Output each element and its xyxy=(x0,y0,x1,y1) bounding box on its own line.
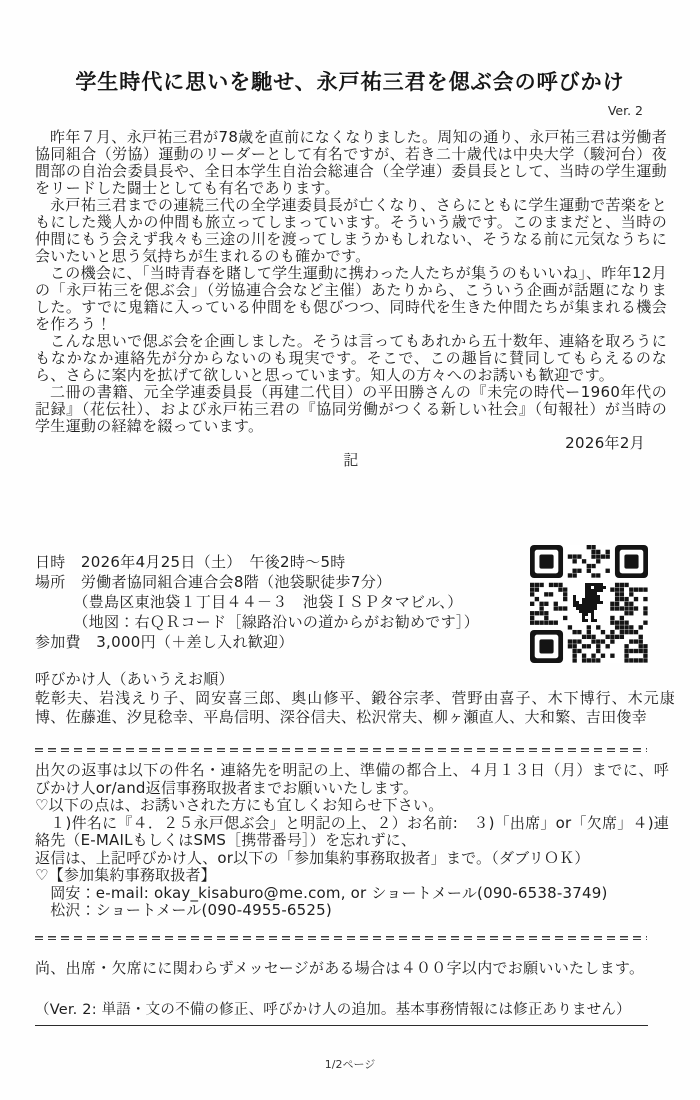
reply-line: ♡以下の点は、お誘いされた方にも宜しくお知らせ下さい。 xyxy=(35,797,669,815)
body-text: 昨年７月、永戸祐三君が78歳を直前になくなりました。周知の通り、永戸祐三君は労働… xyxy=(35,129,667,469)
reply-contact-matsuzawa: 松沢：ショートメール(090-4955-6525) xyxy=(35,902,669,920)
version-label: Ver. 2 xyxy=(608,103,643,118)
event-details: 日時 2026年4月25日（土） 午後2時～5時 場所 労働者協同組合連合会8階… xyxy=(35,552,515,652)
closing-note: 尚、出席・欠席にに関わらずメッセージがある場合は４００字以内でお願いいたします。 xyxy=(35,957,675,978)
callers-heading: 呼びかけ人（あいうえお順） xyxy=(35,670,675,689)
paragraph: 昨年７月、永戸祐三君が78歳を直前になくなりました。周知の通り、永戸祐三君は労働… xyxy=(35,129,667,197)
detail-line-map: （地図：右ＱＲコード［線路沿いの道からがお勧めです］） xyxy=(35,612,515,632)
reply-line: ♡【参加集約事務取扱者】 xyxy=(35,867,669,885)
detail-line-datetime: 日時 2026年4月25日（土） 午後2時～5時 xyxy=(35,552,515,572)
paragraph: 永戸祐三君までの連続三代の全学連委員長が亡くなり、さらにともに学生運動で苦楽をと… xyxy=(35,197,667,265)
scanned-document-page: 学生時代に思いを馳せ、永戸祐三君を偲ぶ会の呼びかけ Ver. 2 昨年７月、永戸… xyxy=(0,0,700,1100)
date-line: 2026年2月 xyxy=(35,435,667,452)
paragraph: 二冊の書籍、元全学連委員長（再建二代目）の平田勝さんの『未完の時代ー1960年代… xyxy=(35,384,667,435)
version-note: （Ver. 2: 単語・文の不備の修正、呼びかけ人の追加。基本事務情報には修正あ… xyxy=(35,998,648,1026)
detail-line-fee: 参加費 3,000円（＋差し入れ歓迎） xyxy=(35,632,515,652)
paragraph: この機会に、「当時青春を賭して学生運動に携わった人たちが集うのもいいね」、昨年1… xyxy=(35,265,667,333)
record-heading: 記 xyxy=(35,452,667,469)
detail-line-venue: 場所 労働者協同組合連合会8階（池袋駅徒歩7分） xyxy=(35,572,515,592)
paragraph: こんな思いで偲ぶ会を企画しました。そうは言ってもあれから五十数年、連絡を取ろうに… xyxy=(35,333,667,384)
reply-line: １)件名に『４．２５永戸偲ぶ会」と明記の上、２）お名前: ３)「出席」or「欠席… xyxy=(35,815,669,850)
callers-names: 乾彰夫、岩浅えり子、岡安喜三郎、奥山修平、鍛谷宗孝、菅野由喜子、木下博行、木元康… xyxy=(35,689,675,727)
reply-instructions: 出欠の返事は以下の件名・連絡先を明記の上、準備の都合上、４月１３日（月）までに、… xyxy=(35,762,669,920)
page-number: 1/2ページ xyxy=(0,1056,700,1072)
reply-line: 出欠の返事は以下の件名・連絡先を明記の上、準備の都合上、４月１３日（月）までに、… xyxy=(35,762,669,797)
reply-contact-okayasu: 岡安：e-mail: okay_kisaburo@me.com, or ショート… xyxy=(35,885,669,903)
document-title: 学生時代に思いを馳せ、永戸祐三君を偲ぶ会の呼びかけ xyxy=(0,66,700,96)
detail-line-address: （豊島区東池袋１丁目４４－３ 池袋ＩＳＰタマビル、） xyxy=(35,592,515,612)
qr-code-icon xyxy=(530,545,648,663)
dashed-divider xyxy=(35,748,647,752)
dashed-divider xyxy=(35,936,647,940)
reply-line: 返信は、上記呼びかけ人、or以下の「参加集約事務取扱者」まで。（ダブリＯＫ） xyxy=(35,850,669,868)
callers-section: 呼びかけ人（あいうえお順） 乾彰夫、岩浅えり子、岡安喜三郎、奥山修平、鍛谷宗孝、… xyxy=(35,670,675,727)
map-qr-code xyxy=(530,545,648,663)
